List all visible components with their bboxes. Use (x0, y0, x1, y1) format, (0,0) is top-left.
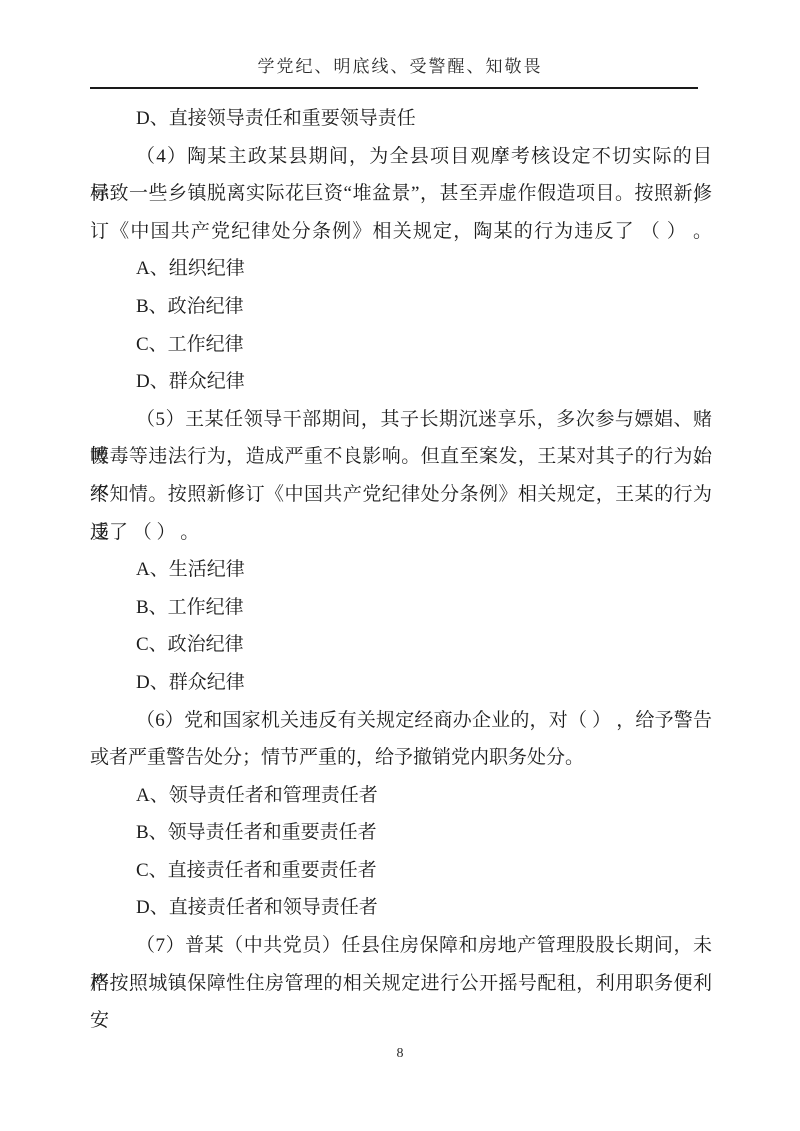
question-7-line-1: （7）普某（中共党员）任县住房保障和房地产管理股股长期间，未严 (90, 927, 712, 965)
question-6-option-c: C、直接责任者和重要责任者 (90, 852, 712, 890)
question-4-option-c: C、工作纪律 (90, 326, 712, 364)
question-5-option-c: C、政治纪律 (90, 626, 712, 664)
question-6-line-1: （6）党和国家机关违反有关规定经商办企业的，对（ ） ，给予警告 (90, 702, 712, 740)
question-4-line-1: （4）陶某主政某县期间，为全县项目观摩考核设定不切实际的目标， (90, 138, 712, 176)
previous-question-option-d: D、直接领导责任和重要领导责任 (90, 100, 712, 138)
document-body: D、直接领导责任和重要领导责任 （4）陶某主政某县期间，为全县项目观摩考核设定不… (90, 100, 712, 1002)
question-6-option-b: B、领导责任者和重要责任者 (90, 814, 712, 852)
page-header-title: 学党纪、明底线、受警醒、知敬畏 (0, 52, 800, 77)
question-5-line-4: 反了 （ ） 。 (90, 514, 712, 552)
question-5-line-1: （5）王某任领导干部期间，其子长期沉迷享乐，多次参与嫖娼、赌博、 (90, 401, 712, 439)
question-4-option-a: A、组织纪律 (90, 250, 712, 288)
page-number: 8 (0, 1046, 800, 1062)
question-4-option-d: D、群众纪律 (90, 363, 712, 401)
question-5-line-2: 吸毒等违法行为，造成严重不良影响。但直至案发，王某对其子的行为始终 (90, 438, 712, 476)
question-4-line-2: 导致一些乡镇脱离实际花巨资“堆盆景”，甚至弄虚作假造项目。按照新修 (90, 175, 712, 213)
header-divider-rule (90, 87, 698, 89)
question-4-option-b: B、政治纪律 (90, 288, 712, 326)
question-5-line-3: 不知情。按照新修订《中国共产党纪律处分条例》相关规定，王某的行为违 (90, 476, 712, 514)
question-6-option-d: D、直接责任者和领导责任者 (90, 889, 712, 927)
question-7-line-2: 格按照城镇保障性住房管理的相关规定进行公开摇号配租，利用职务便利安 (90, 965, 712, 1003)
question-4-line-3: 订《中国共产党纪律处分条例》相关规定，陶某的行为违反了 （ ） 。 (90, 213, 712, 251)
document-page: 学党纪、明底线、受警醒、知敬畏 D、直接领导责任和重要领导责任 （4）陶某主政某… (0, 0, 800, 1131)
question-5-option-b: B、工作纪律 (90, 589, 712, 627)
question-6-option-a: A、领导责任者和管理责任者 (90, 777, 712, 815)
question-6-line-2: 或者严重警告处分；情节严重的，给予撤销党内职务处分。 (90, 739, 712, 777)
question-5-option-d: D、群众纪律 (90, 664, 712, 702)
question-5-option-a: A、生活纪律 (90, 551, 712, 589)
